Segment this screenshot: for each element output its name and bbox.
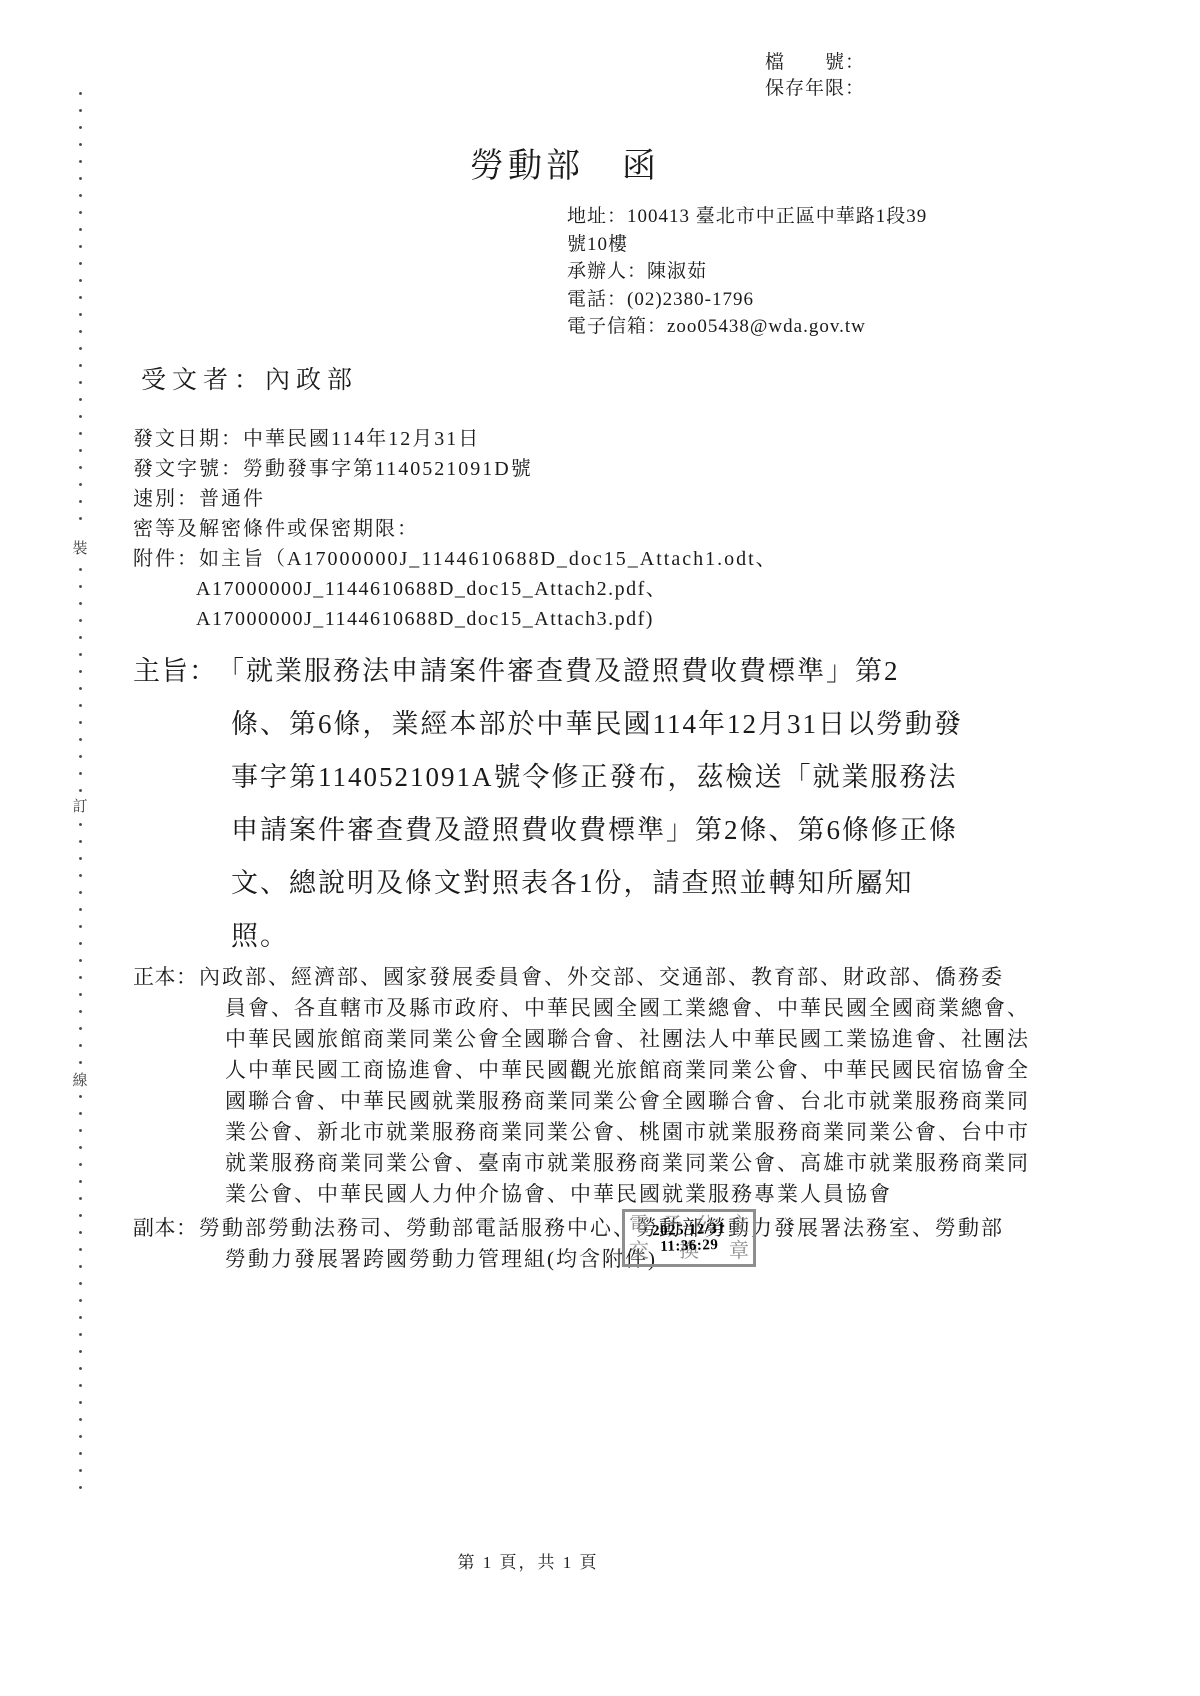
binding-dotted-line <box>79 85 82 1493</box>
sender-info-line: 承辦人：陳淑茹 <box>567 258 927 286</box>
original-recipients-line: 內政部、經濟部、國家發展委員會、外交部、交通部、教育部、財政部、僑務委 <box>199 962 1030 993</box>
carbon-copy-label: 副本： <box>133 1213 198 1244</box>
subject-label: 主旨： <box>133 645 217 698</box>
page-number-indicator: 第 1 頁，共 1 頁 <box>0 1548 1056 1573</box>
original-recipients-line: 員會、各直轄市及縣市政府、中華民國全國工業總會、中華民國全國商業總會、 <box>225 993 1030 1024</box>
meta-line: 發文日期：中華民國114年12月31日 <box>133 424 778 454</box>
subject-text-line: 照。 <box>231 910 963 963</box>
original-recipients-line: 業公會、中華民國人力仲介協會、中華民國就業服務專業人員協會 <box>225 1179 1030 1210</box>
original-recipients-line: 業公會、新北市就業服務商業同業公會、桃園市就業服務商業同業公會、台中市 <box>225 1117 1030 1148</box>
electronic-exchange-stamp: 電子公文 交換章 2025/12/31 11:36:29 <box>622 1209 756 1267</box>
file-number-block: 檔 號： 保存年限： <box>765 50 865 102</box>
sender-contact-info: 地址：100413 臺北市中正區中華路1段39號10樓承辦人：陳淑茹電話：(02… <box>567 203 927 341</box>
meta-line: 發文字號：勞動發事字第1140521091D號 <box>133 454 778 484</box>
meta-line: 速別：普通件 <box>133 484 778 514</box>
meta-line: 附件：如主旨（A17000000J_1144610688D_doc15_Atta… <box>133 544 778 574</box>
document-title: 勞動部 函 <box>0 138 1130 187</box>
official-document-page: 裝訂線 檔 號： 保存年限： 勞動部 函 地址：100413 臺北市中正區中華路… <box>0 0 1200 1696</box>
attachment-continuation: A17000000J_1144610688D_doc15_Attach2.pdf… <box>133 574 778 634</box>
meta-line: 密等及解密條件或保密期限： <box>133 514 778 544</box>
meta-lines: 發文日期：中華民國114年12月31日發文字號：勞動發事字第1140521091… <box>133 424 778 574</box>
attachment-filename-line: A17000000J_1144610688D_doc15_Attach3.pdf… <box>196 604 778 634</box>
subject-text-line: 事字第1140521091A號令修正發布，茲檢送「就業服務法 <box>231 751 963 804</box>
carbon-copy-line: 勞動力發展署跨國勞動力管理組(均含附件) <box>225 1244 1004 1275</box>
subject-text-line: 「就業服務法申請案件審查費及證照費收費標準」第2 <box>217 645 963 698</box>
stamp-datetime: 2025/12/31 11:36:29 <box>624 1210 754 1266</box>
subject-block: 主旨： 「就業服務法申請案件審查費及證照費收費標準」第2 條、第6條，業經本部於… <box>133 645 963 963</box>
sender-info-line: 電子信箱：zoo05438@wda.gov.tw <box>567 313 927 341</box>
subject-text-line: 申請案件審查費及證照費收費標準」第2條、第6條修正條 <box>231 804 963 857</box>
retention-period-label: 保存年限： <box>765 76 865 102</box>
carbon-copy-continuation: 勞動力發展署跨國勞動力管理組(均含附件) <box>199 1244 1004 1275</box>
stamp-time: 11:36:29 <box>660 1237 719 1255</box>
sender-info-line: 電話：(02)2380-1796 <box>567 286 927 314</box>
subject-text-line: 文、總說明及條文對照表各1份，請查照並轉知所屬知 <box>231 857 963 910</box>
sender-info-line: 地址：100413 臺北市中正區中華路1段39 <box>567 203 927 231</box>
subject-continuation: 條、第6條，業經本部於中華民國114年12月31日以勞動發事字第11405210… <box>217 698 963 963</box>
sender-info-line: 號10樓 <box>567 231 927 259</box>
carbon-copy-line: 勞動部勞動法務司、勞動部電話服務中心、勞動部勞動力發展署法務室、勞動部 <box>199 1213 1004 1244</box>
original-recipients-line: 國聯合會、中華民國就業服務商業同業公會全國聯合會、台北市就業服務商業同 <box>225 1086 1030 1117</box>
original-recipients-block: 正本： 內政部、經濟部、國家發展委員會、外交部、交通部、教育部、財政部、僑務委 … <box>133 962 1030 1210</box>
original-recipients-continuation: 員會、各直轄市及縣市政府、中華民國全國工業總會、中華民國全國商業總會、中華民國旅… <box>199 993 1030 1210</box>
subject-text-line: 條、第6條，業經本部於中華民國114年12月31日以勞動發 <box>231 698 963 751</box>
original-recipients-line: 人中華民國工商協進會、中華民國觀光旅館商業同業公會、中華民國民宿協會全 <box>225 1055 1030 1086</box>
original-recipients-line: 中華民國旅館商業同業公會全國聯合會、社團法人中華民國工業協進會、社團法 <box>225 1024 1030 1055</box>
original-recipients-line: 就業服務商業同業公會、臺南市就業服務商業同業公會、高雄市就業服務商業同 <box>225 1148 1030 1179</box>
original-copy-label: 正本： <box>133 962 198 993</box>
file-number-label: 檔 號： <box>765 50 865 76</box>
attachment-filename-line: A17000000J_1144610688D_doc15_Attach2.pdf… <box>196 574 778 604</box>
carbon-copy-recipients-block: 副本： 勞動部勞動法務司、勞動部電話服務中心、勞動部勞動力發展署法務室、勞動部 … <box>133 1213 1004 1275</box>
document-meta-block: 發文日期：中華民國114年12月31日發文字號：勞動發事字第1140521091… <box>133 424 778 634</box>
recipient-line: 受文者：內政部 <box>141 360 358 396</box>
